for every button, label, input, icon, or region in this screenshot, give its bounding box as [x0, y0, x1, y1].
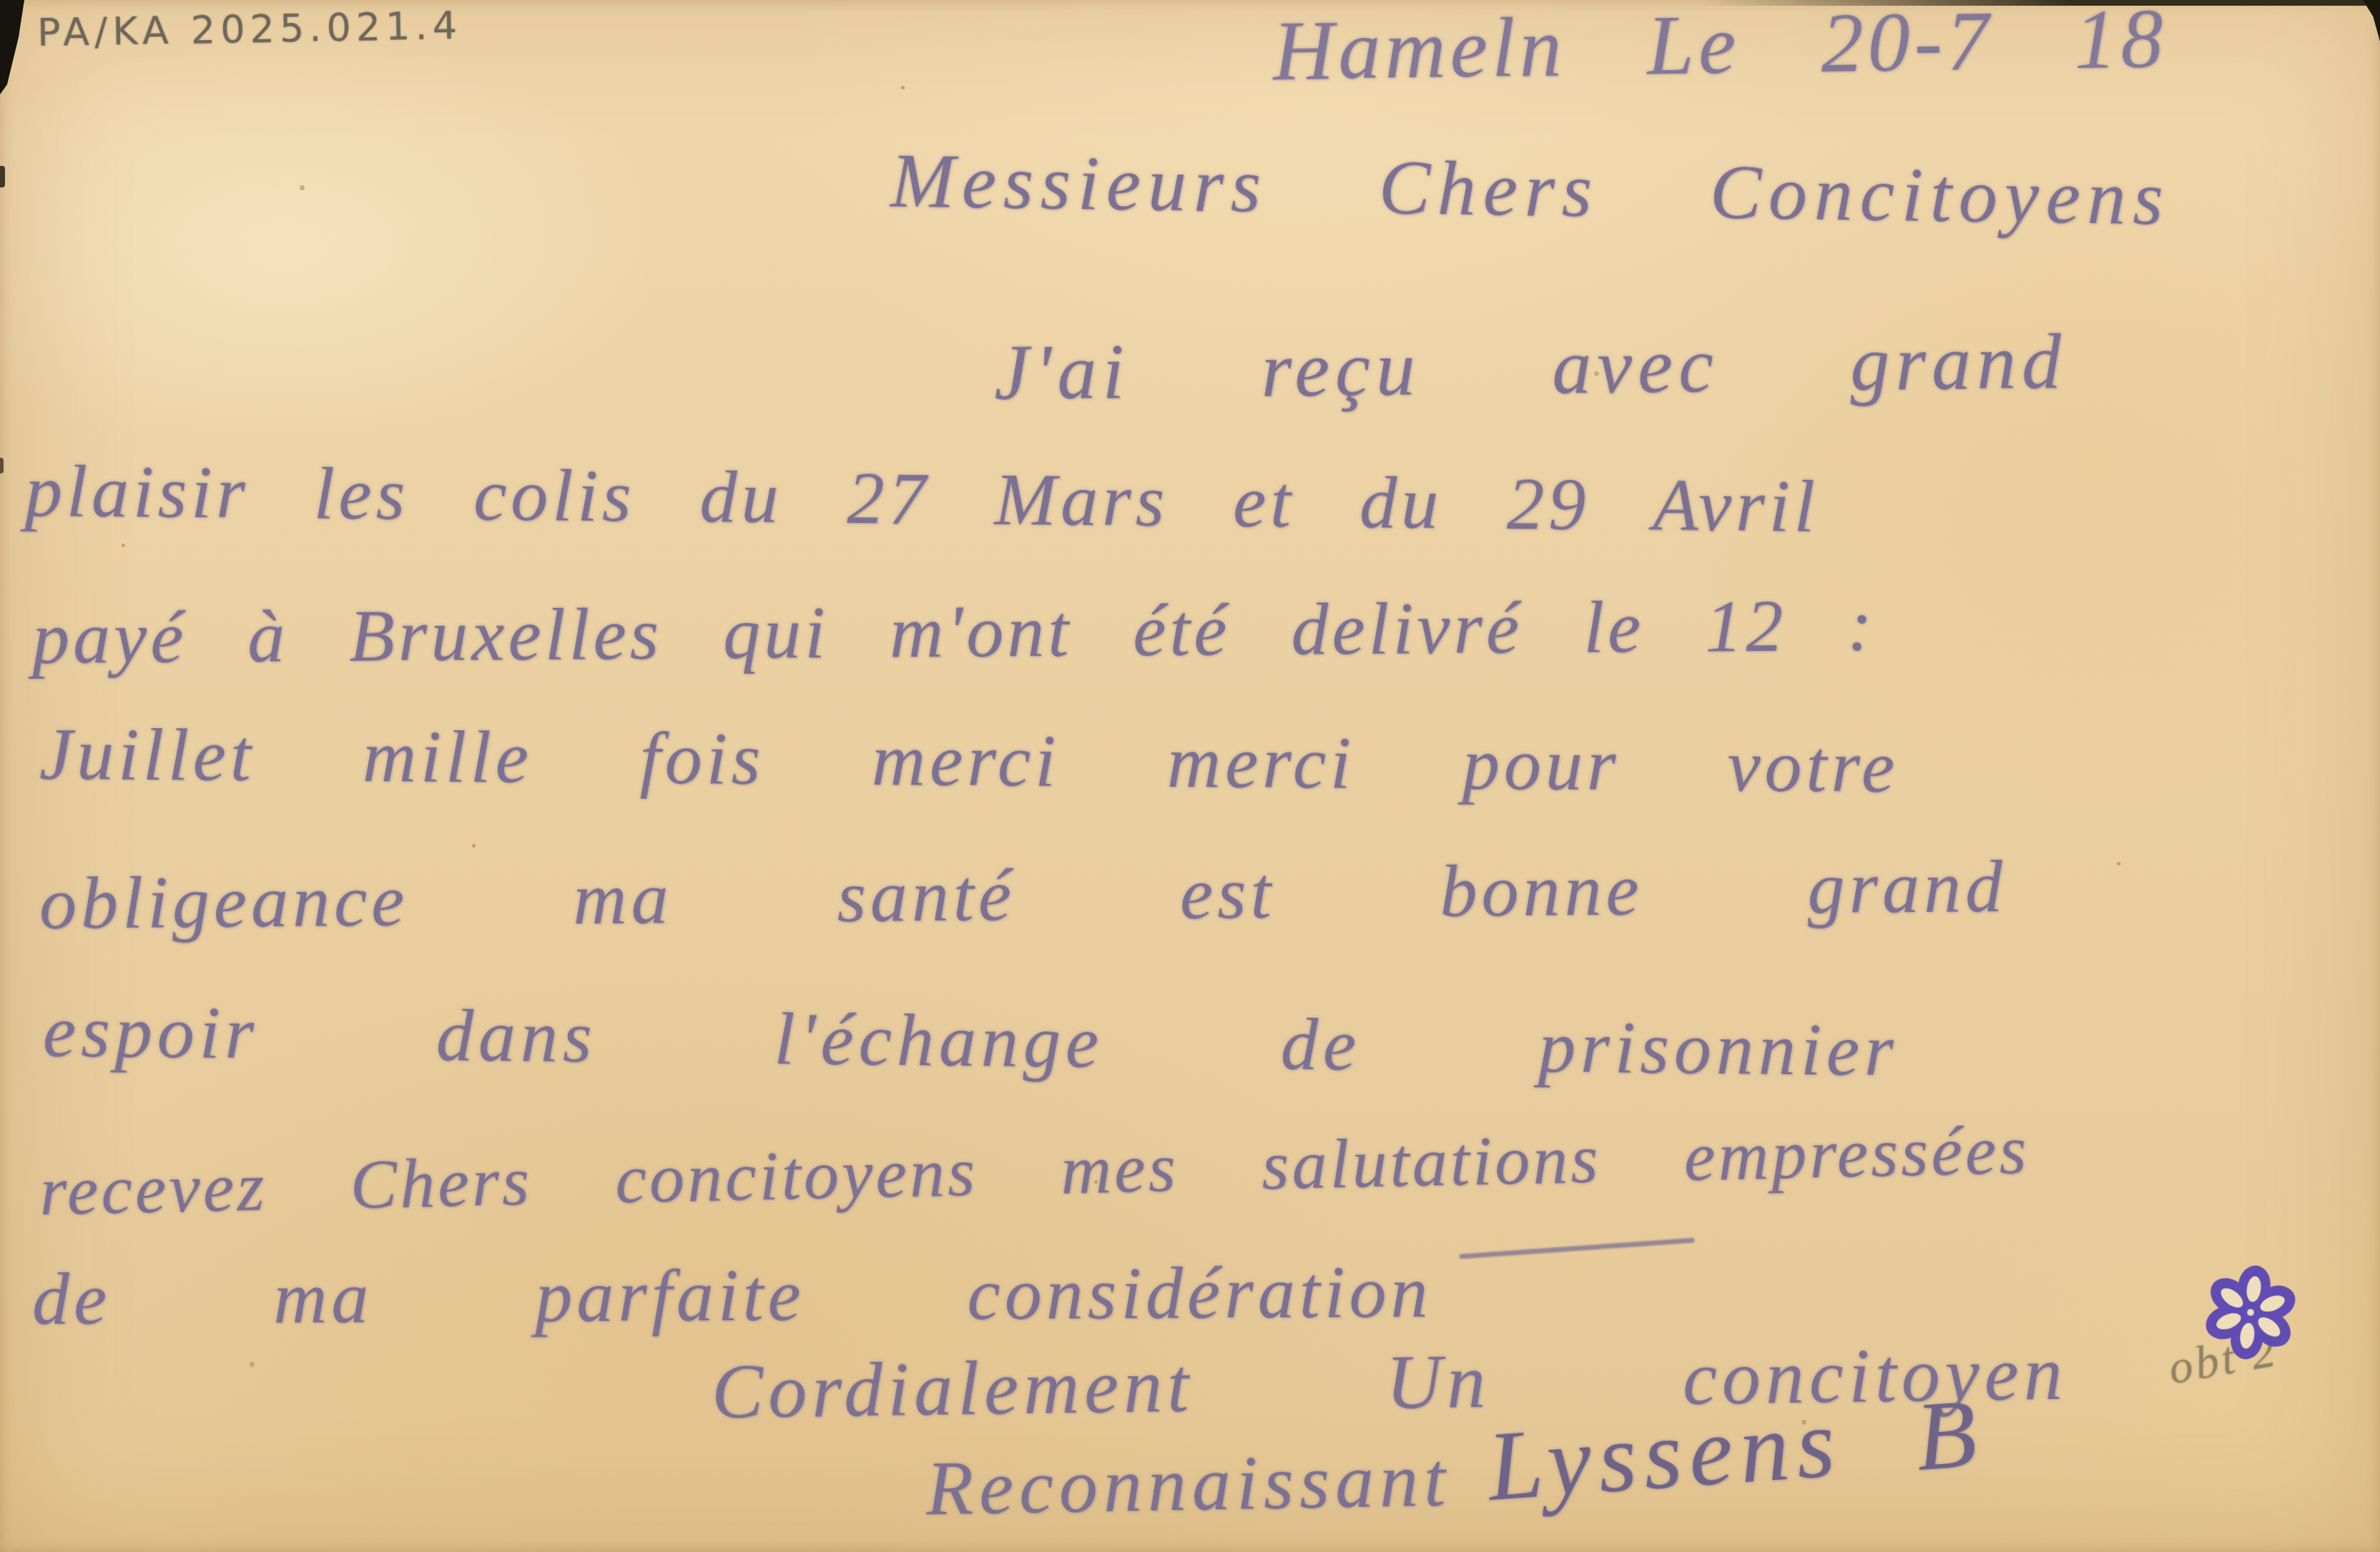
- postcard-scan: PA/KA 2025.021.4 Hameln Le 20-7 18 Messi…: [0, 0, 2380, 1552]
- accession-number: PA/KA 2025.021.4: [37, 6, 463, 52]
- body-line-3: payé à Bruxelles qui m'ont été delivré l…: [32, 589, 1877, 676]
- dateline: Hameln Le 20-7 18: [1272, 0, 2168, 94]
- salutation-line: Messieurs Chers Concitoyens: [890, 143, 2170, 238]
- body-line-4: Juillet mille fois merci merci pour votr…: [39, 717, 1899, 805]
- body-line-1: J'ai reçu avec grand: [993, 322, 2067, 412]
- flower-stamp-icon: [2190, 1252, 2311, 1372]
- body-line-5: obligeance ma santé est bonne grand: [39, 850, 2007, 941]
- body-line-6: espoir dans l'échange de prisonnier: [43, 994, 1899, 1088]
- body-line-8: de ma parfaite considération: [32, 1255, 1432, 1337]
- scan-edge-nick: [0, 166, 5, 187]
- closing-line-2: Reconnaissant: [925, 1442, 1452, 1528]
- scan-edge-nick-2: [0, 458, 4, 473]
- body-line-2: plaisir les colis du 27 Mars et du 29 Av…: [25, 454, 1819, 544]
